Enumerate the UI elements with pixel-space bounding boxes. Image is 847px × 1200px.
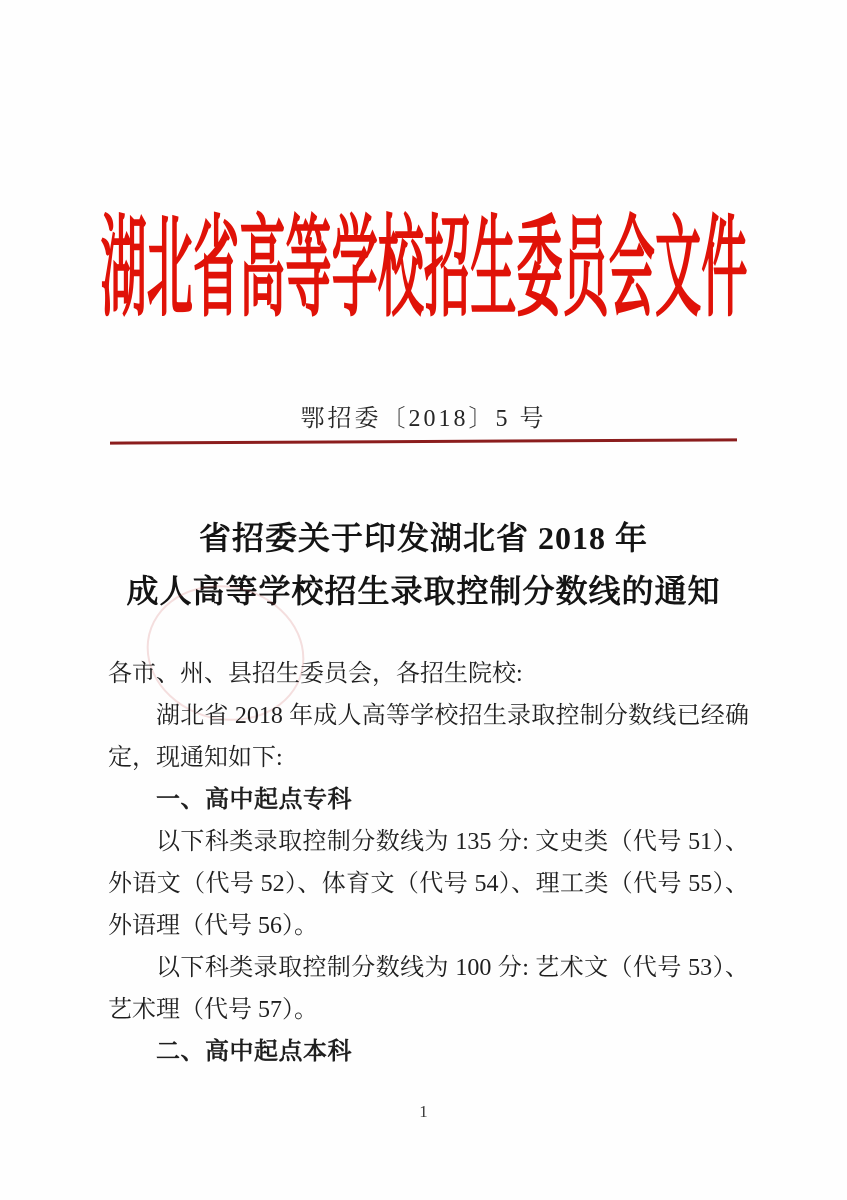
letterhead: 湖北省高等学校招生委员会文件 — [0, 212, 847, 328]
letterhead-title: 湖北省高等学校招生委员会文件 — [100, 212, 747, 328]
document-title: 省招委关于印发湖北省 2018 年 成人高等学校招生录取控制分数线的通知 — [0, 512, 847, 618]
document-number: 鄂招委〔2018〕5 号 — [0, 398, 847, 433]
document-title-line-2: 成人高等学校招生录取控制分数线的通知 — [0, 565, 847, 618]
section-heading-2: 二、高中起点本科 — [108, 1031, 749, 1073]
document-body: 各市、州、县招生委员会，各招生院校: 湖北省 2018 年成人高等学校招生录取控… — [108, 653, 749, 1073]
intro-paragraph: 湖北省 2018 年成人高等学校招生录取控制分数线已经确定，现通知如下: — [108, 695, 749, 779]
section-heading-1: 一、高中起点专科 — [108, 779, 749, 821]
salutation-line: 各市、州、县招生委员会，各招生院校: — [108, 653, 749, 695]
score-line-paragraph-135: 以下科类录取控制分数线为 135 分: 文史类（代号 51）、外语文（代号 52… — [108, 821, 749, 947]
document-title-line-1: 省招委关于印发湖北省 2018 年 — [0, 512, 847, 565]
document-page: 湖北省高等学校招生委员会文件 鄂招委〔2018〕5 号 省招委关于印发湖北省 2… — [0, 0, 847, 1200]
score-line-paragraph-100: 以下科类录取控制分数线为 100 分: 艺术文（代号 53）、艺术理（代号 57… — [108, 947, 749, 1031]
page-number: 1 — [0, 1102, 847, 1122]
red-separator-line — [110, 438, 737, 444]
